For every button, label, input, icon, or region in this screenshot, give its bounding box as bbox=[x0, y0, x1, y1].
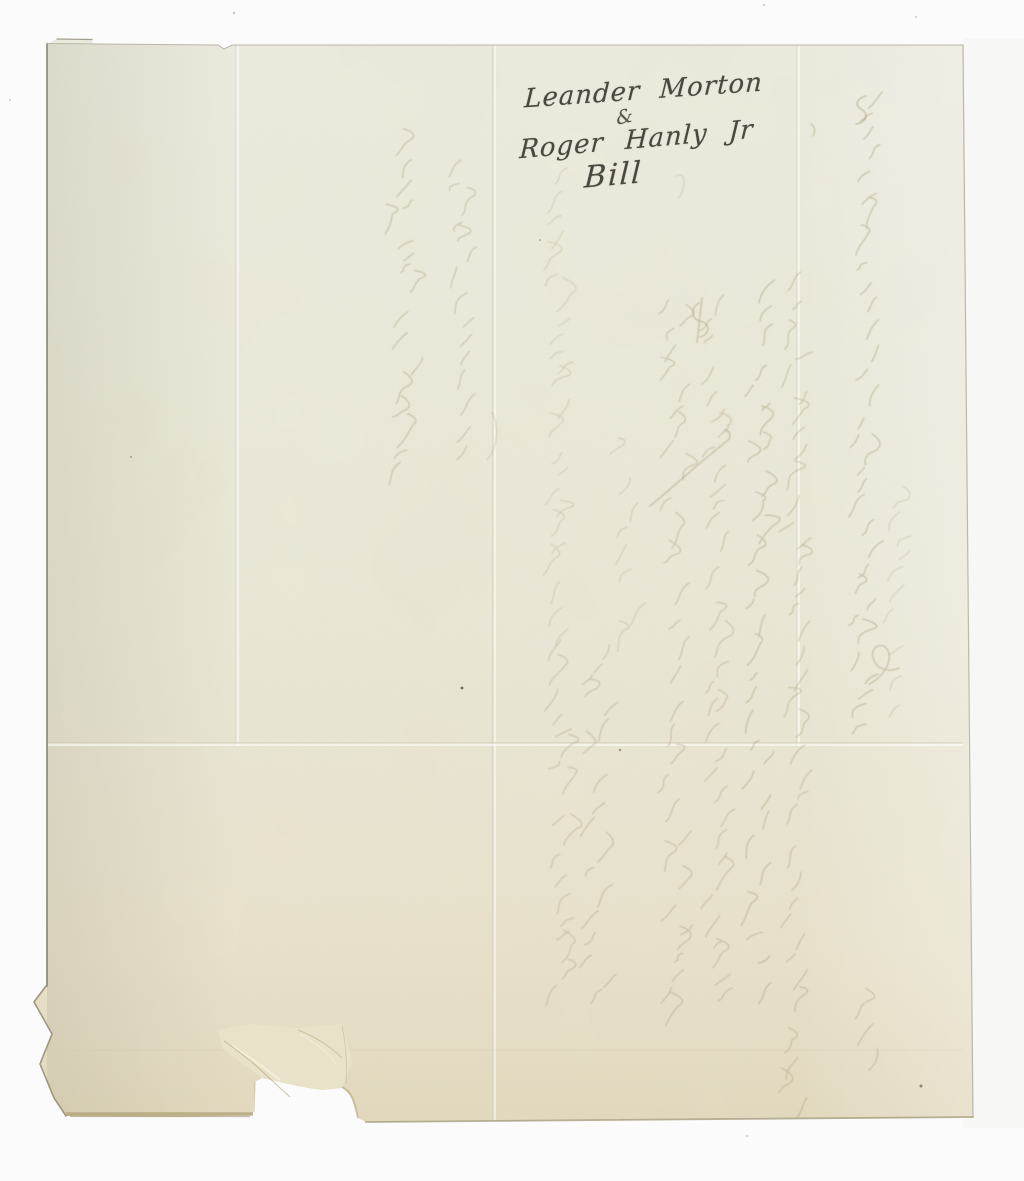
scanned-document-page: Leander Morton & Roger Hanly Jr Bill bbox=[0, 0, 1024, 1181]
document-scan bbox=[0, 0, 1024, 1181]
paper-texture bbox=[40, 30, 980, 1130]
